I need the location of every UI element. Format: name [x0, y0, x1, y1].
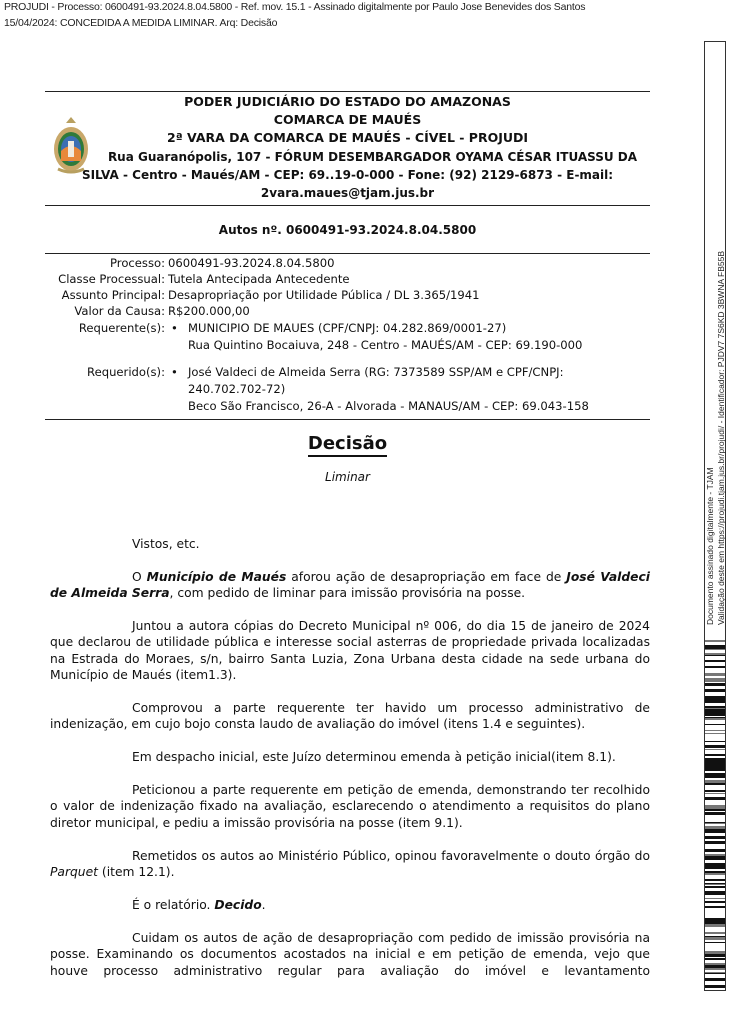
paragraph-text: aforou ação de desapropriação em face de	[286, 570, 566, 584]
paragraph-6: Peticionou a parte requerente em petição…	[50, 782, 650, 831]
paragraph-text: , com pedido de liminar para imissão pro…	[170, 586, 526, 600]
validation-text: Documento assinado digitalmente - TJAM V…	[705, 251, 727, 625]
paragraph-text: Peticionou a parte requerente em petição…	[50, 783, 650, 830]
paragraph-9: Cuidam os autos de ação de desapropriaçã…	[50, 930, 650, 979]
requerido-cpf: 240.702.702-72)	[188, 381, 285, 397]
paragraph-3: Juntou a autora cópias do Decreto Munici…	[50, 618, 650, 683]
paragraph-text: O	[132, 570, 147, 584]
requerido-name: José Valdeci de Almeida Serra (RG: 73735…	[188, 364, 564, 380]
decision-subtitle: Liminar	[45, 470, 650, 484]
classe-label: Classe Processual:	[30, 271, 165, 287]
processo-label: Processo:	[30, 255, 165, 271]
requerido-address: Beco São Francisco, 26-A - Alvorada - MA…	[188, 398, 589, 414]
bullet-icon: •	[171, 320, 178, 336]
valor-label: Valor da Causa:	[30, 303, 165, 319]
paragraph-text: É o relatório.	[132, 898, 214, 912]
header-rule-bottom	[45, 205, 650, 206]
autos-number: Autos nº. 0600491-93.2024.8.04.5800	[45, 221, 650, 239]
requerente-label: Requerente(s):	[30, 320, 165, 336]
paragraph-text: Cuidam os autos de ação de desapropriaçã…	[50, 931, 650, 978]
requerente-address: Rua Quintino Bocaiuva, 248 - Centro - MA…	[188, 337, 582, 353]
court-email: 2vara.maues@tjam.jus.br	[45, 184, 650, 202]
vara-name: 2ª VARA DA COMARCA DE MAUÉS - CÍVEL - PR…	[45, 129, 650, 147]
decido-term: Decido	[214, 898, 261, 912]
requerido-label: Requerido(s):	[30, 364, 165, 380]
paragraph-1: Vistos, etc.	[50, 536, 650, 552]
paragraph-text: Em despacho inicial, este Juízo determin…	[132, 750, 616, 764]
validation-url: Validação deste em https://projudi.tjam.…	[716, 251, 727, 625]
movement-stamp-line: 15/04/2024: CONCEDIDA A MEDIDA LIMINAR. …	[4, 17, 277, 29]
court-address-2: SILVA - Centro - Maués/AM - CEP: 69..19-…	[45, 166, 650, 184]
barcode-icon	[705, 640, 725, 990]
signature-stamp-line: PROJUDI - Processo: 0600491-93.2024.8.04…	[4, 1, 585, 13]
paragraph-text: Comprovou a parte requerente ter havido …	[50, 701, 650, 731]
paragraph-text: (item 12.1).	[98, 865, 174, 879]
paragraph-2: O Município de Maués aforou ação de desa…	[50, 569, 650, 602]
case-rule-bottom	[45, 419, 650, 420]
paragraph-8: É o relatório. Decido.	[50, 897, 650, 913]
court-address-1: Rua Guaranópolis, 107 - FÓRUM DESEMBARGA…	[95, 148, 650, 166]
decision-title: Decisão	[45, 433, 650, 454]
comarca-name: COMARCA DE MAUÉS	[45, 111, 650, 129]
signed-notice: Documento assinado digitalmente - TJAM	[705, 251, 716, 625]
bullet-icon: •	[171, 364, 178, 380]
assunto-value: Desapropriação por Utilidade Pública / D…	[168, 287, 480, 303]
header-rule-top	[45, 91, 650, 92]
parquet-term: Parquet	[50, 865, 98, 879]
assunto-label: Assunto Principal:	[30, 287, 165, 303]
valor-value: R$200.000,00	[168, 303, 250, 319]
paragraph-text: Vistos, etc.	[132, 537, 200, 551]
paragraph-4: Comprovou a parte requerente ter havido …	[50, 700, 650, 733]
paragraph-5: Em despacho inicial, este Juízo determin…	[50, 749, 650, 765]
case-rule-top	[45, 253, 650, 254]
paragraph-text: Juntou a autora cópias do Decreto Munici…	[50, 619, 650, 682]
paragraph-7: Remetidos os autos ao Ministério Público…	[50, 848, 650, 881]
paragraph-text: .	[262, 898, 266, 912]
classe-value: Tutela Antecipada Antecedente	[168, 271, 350, 287]
plaintiff-name: Município de Maués	[147, 570, 287, 584]
paragraph-text: Remetidos os autos ao Ministério Público…	[132, 849, 650, 863]
requerente-name: MUNICIPIO DE MAUES (CPF/CNPJ: 04.282.869…	[188, 320, 506, 336]
decision-title-text: Decisão	[308, 433, 387, 457]
court-name: PODER JUDICIÁRIO DO ESTADO DO AMAZONAS	[45, 93, 650, 111]
processo-value: 0600491-93.2024.8.04.5800	[168, 255, 334, 271]
